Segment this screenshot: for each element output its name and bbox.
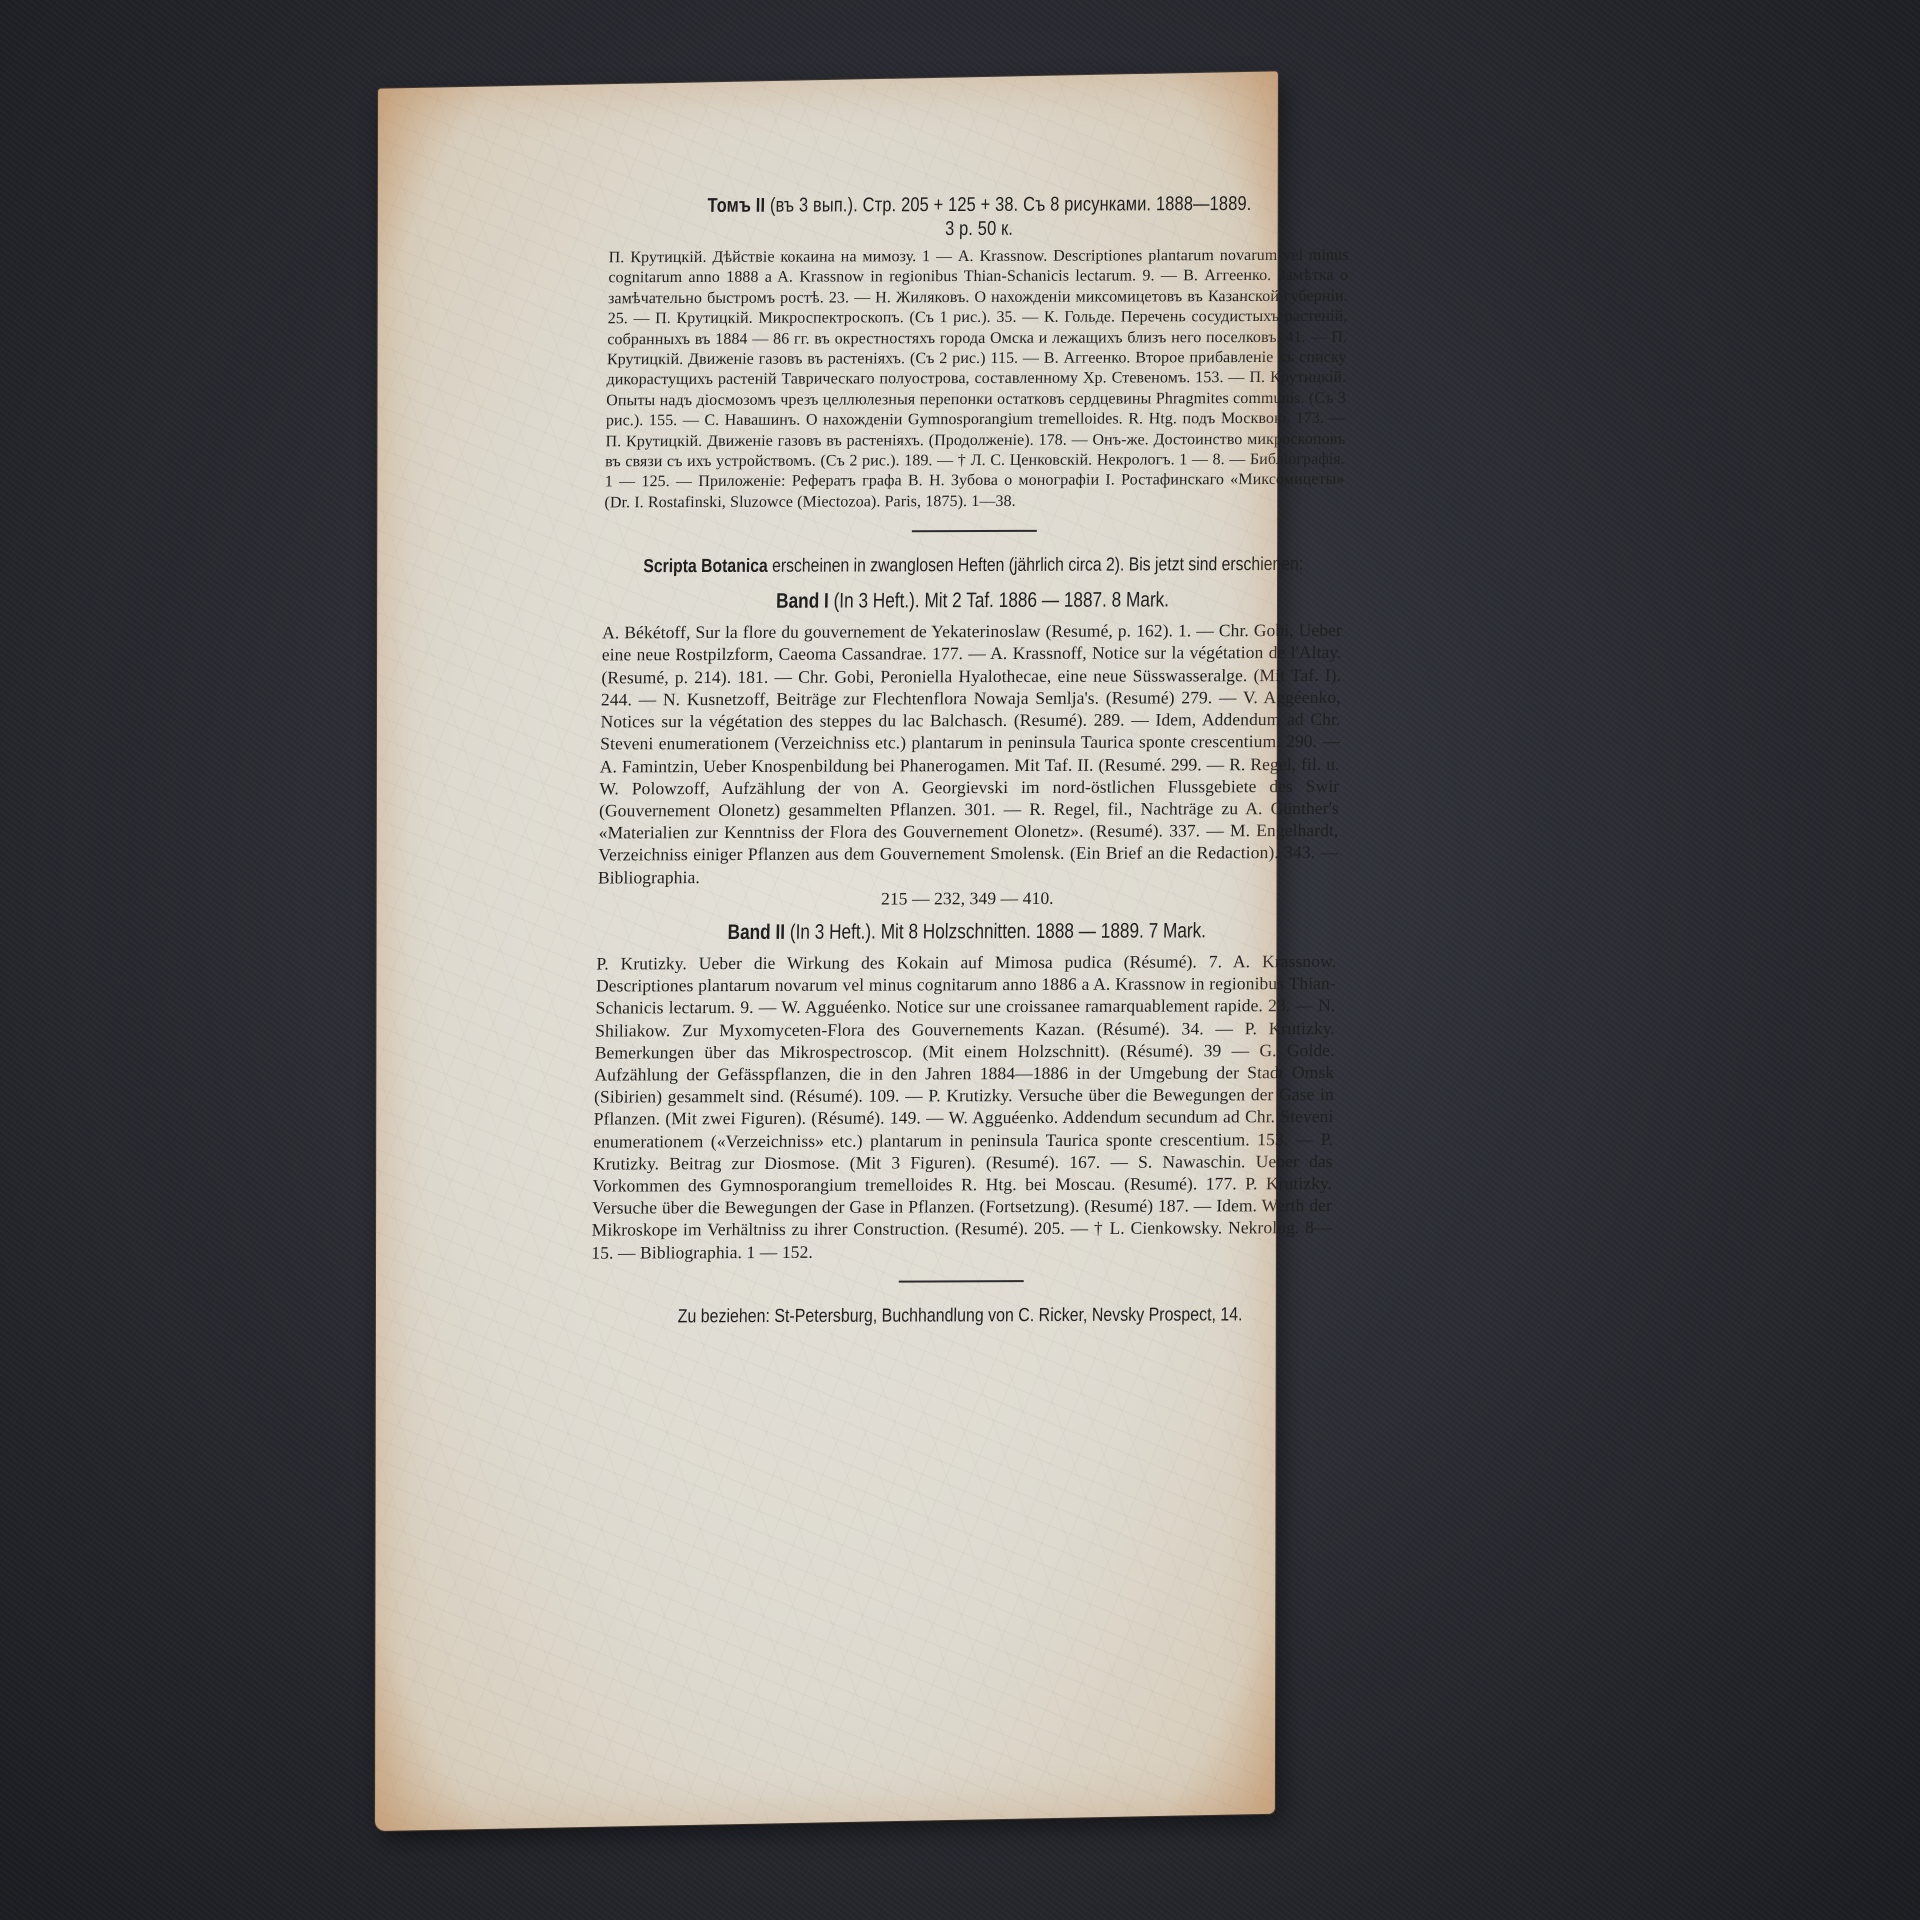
- russian-volume-heading: Томъ II (въ 3 вып.). Стр. 205 + 125 + 38…: [610, 192, 1349, 243]
- scripta-botanica-intro: Scripta Botanica erscheinen in zwanglose…: [608, 553, 1339, 580]
- page-content: Томъ II (въ 3 вып.). Стр. 205 + 125 + 38…: [590, 192, 1350, 1330]
- intro-text: erscheinen in zwanglosen Heften (jährlic…: [772, 554, 1303, 577]
- band-1-heading: Band I (In 3 Heft.). Mit 2 Taf. 1886 — 1…: [612, 587, 1334, 616]
- band-1-title: Band I: [776, 590, 829, 613]
- footer-divider: [898, 1280, 1023, 1282]
- volume-details: (въ 3 вып.). Стр. 205 + 125 + 38. Съ 8 р…: [770, 193, 1252, 217]
- band-1-details: (In 3 Heft.). Mit 2 Taf. 1886 — 1887. 8 …: [833, 589, 1169, 613]
- journal-title: Scripta Botanica: [643, 556, 768, 577]
- band-2-details: (In 3 Heft.). Mit 8 Holzschnitten. 1888 …: [790, 919, 1207, 943]
- aged-paper-sheet: Томъ II (въ 3 вып.). Стр. 205 + 125 + 38…: [375, 71, 1278, 1831]
- volume-label: Томъ II: [707, 195, 765, 217]
- volume-price: 3 р. 50 к.: [610, 216, 1348, 243]
- band-2-title: Band II: [727, 921, 785, 944]
- russian-contents-paragraph: П. Крутицкій. Дѣйствіе кокаина на мимозу…: [604, 246, 1348, 514]
- band-2-contents-paragraph: P. Krutizky. Ueber die Wirkung des Kokai…: [591, 950, 1336, 1264]
- band-2-heading: Band II (In 3 Heft.). Mit 8 Holzschnitte…: [606, 918, 1328, 947]
- section-divider: [911, 530, 1036, 532]
- publisher-address: Zu beziehen: St-Petersburg, Buchhandlung…: [582, 1303, 1338, 1330]
- band-1-bibliography-pages: 215 — 232, 349 — 410.: [597, 886, 1337, 911]
- band-1-contents-paragraph: A. Békétoff, Sur la flore du gouvernemen…: [598, 619, 1342, 888]
